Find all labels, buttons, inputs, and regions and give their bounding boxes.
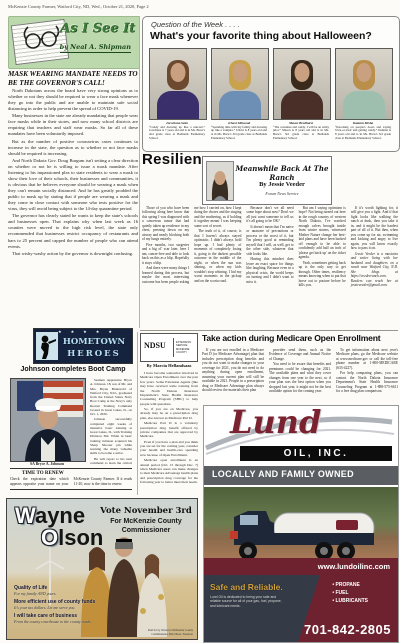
tagline-sub: Lund Oil is dedicated to being your safe… [210,595,288,608]
medicare-paragraph: provider send them, such as the Evidence… [269,348,331,361]
editorial-body: North Dakotans across the board have ver… [8,88,138,326]
product-list: PROPANE FUEL LUBRICANTS [332,581,368,605]
medicare-paragraph: To get information about next year's Med… [336,348,398,370]
medicare-body: If you are not enrolled in a Medicare Pa… [202,348,398,401]
news-service: Forum News Service [235,191,329,196]
column-divider [137,332,138,495]
section-divider [140,330,398,331]
resiliency-paragraph: The truth of it, of course, is that I ha… [194,229,241,283]
lund-ad-footer: Safe and Reliable. Lund Oil is dedicated… [204,575,398,642]
qow-caption: Damian Misha “Knocking on people's doors… [335,121,391,141]
resiliency-paragraph: Because don't we all need some hope abou… [246,206,293,224]
column-title: Meanwhile Back At The Ranch [235,164,329,182]
ad-disclaimer: Paid for by Olson for McKenzie County Co… [131,629,193,636]
sailor-photo [10,378,86,462]
ndsu-paragraph: I have become somewhat involved in Medic… [140,371,198,406]
product-item: LUBRICANTS [332,597,368,605]
editorial-paragraph: Many businesses in the state are already… [8,113,138,137]
ndsu-paragraph: Medicare Part D is a voluntary prescript… [140,421,198,439]
point-sub: For my family AND yours. [14,591,119,596]
campaign-point: I will take care of business From the co… [14,613,119,624]
campaign-point: Quality of Life For my family AND yours. [14,585,119,596]
stars-decoration: ★ ★ ★ ★ ★ [58,329,116,334]
point-sub: It's your tax dollars. Let me serve you. [14,605,119,610]
medicare-paragraph: You need to be aware that benefits and p… [269,362,331,393]
resiliency-paragraph: If it's worth fighting for, it will give… [351,206,398,251]
bootcamp-body: Seaman Apprentice Bryce A. Johnson, 18, … [90,378,132,466]
kid-photo [149,48,207,120]
hometown-heroes-line2: HEROES [58,349,130,359]
outlined-initial: O [41,525,58,550]
bootcamp-headline: Johnson completes Boot Camp [14,366,132,373]
vote-line: Vote November 3rd [100,506,192,516]
time-to-renew-notice: TIME TO RENEW Check the expiration date … [10,468,132,490]
product-item: PROPANE [332,581,368,589]
resiliency-paragraph: It doesn't mean that I'm naive or unawar… [246,225,293,256]
ndsu-paragraph: So, if you are on Medicare, you already … [140,407,198,420]
resiliency-author-bio: Jessie Veeder is a musician and writer l… [351,252,398,288]
name-rest: lson [58,525,103,550]
renew-text: Check the expiration date which appears … [10,477,132,487]
ndsu-wordmark: NDSU [144,341,166,350]
editorial-paragraph: But as the number of positive coronaviru… [8,139,138,157]
family-owned-banner: LOCALLY AND FAMILY OWNED [212,469,354,479]
ndsu-paragraph: Medicare open enrollment is an annual pe… [140,458,198,484]
office-line2: Commissioner [100,527,192,534]
hometown-heroes-line1: HOMETOWN [58,337,130,347]
ndsu-column-body: I have become somewhat involved in Medic… [140,371,198,497]
kid-photo [335,48,393,120]
editorial-paragraph: North Dakotans across the board have ver… [8,88,138,112]
office-line1: For McKenzie County [100,518,192,525]
column-divider [139,16,140,328]
lund-brand: Lund [230,406,321,438]
bootcamp-paragraph: He will report to his next command to le… [90,457,132,467]
as-i-see-it-logo: As I See It by Neal A. Shipman [8,16,140,69]
as-i-see-it-title: As I See It [60,21,135,36]
tagline: Safe and Reliable. [210,582,283,592]
olson-campaign-ad: Wayne Olson Vote November 3rd For McKenz… [6,498,198,640]
qow-caption: Mason Brodhurst “The costumes and candy.… [273,121,329,141]
bootcamp-paragraph: Seaman Apprentice Bryce A. Johnson, 18, … [90,378,132,416]
kid-bio: Mason is 8 years old and is in Ms. Brew'… [273,128,329,140]
ndsu-extension-logo: NDSU EXTENSION SERVICE MCKENZIE COUNTY [140,333,198,362]
resiliency-paragraph: Five months, two surgeries and a big ol'… [142,243,189,265]
bootcamp-paragraph: Johnson successfully completed eight wee… [90,417,132,455]
editorial-paragraph: The governor has clearly stated he wants… [8,213,138,249]
logo-divider [173,338,174,357]
ndsu-county-label: MCKENZIE COUNTY [176,348,196,354]
website-link: www.lundoilinc.com [204,558,398,575]
kid-bio: Jorschana is 7 years old and is in Ms. B… [149,128,205,140]
editorial-paragraph: And North Dakota Gov. Doug Burgum isn't … [8,158,138,213]
hometown-heroes-banner: ★ ★ ★ ★ ★ HOMETOWN HEROES [33,328,133,364]
kid-photo [273,48,331,120]
lund-brand-sub: OIL, INC. [240,446,392,461]
question-of-week-section: Question of the Week . . . . What's your… [142,16,400,152]
trumpeter-silhouette-icon [36,332,58,360]
eyeglasses-icon [19,21,63,55]
qow-caption: Jorschana Seim “Candy and dressing up li… [149,121,205,141]
sailor-photo-caption: SA Bryce A. Johnson [10,462,84,466]
ndsu-column-byline: By Marcia Hellandsaas [140,363,198,368]
phone-number: 701-842-2805 [304,622,391,637]
campaign-points: Quality of Life For my family AND yours.… [14,585,119,627]
column-masthead: Meanwhile Back At The Ranch By Jessie Ve… [202,156,332,205]
ndsu-paragraph: Even if you have a plan and you think yo… [140,440,198,458]
resiliency-body: Those of you who have been following alo… [142,206,398,331]
ndsu-extension-label: EXTENSION SERVICE [176,341,196,347]
campaign-point: More efficient use of county funds It's … [14,599,119,610]
qow-kicker: Question of the Week . . . . [151,20,240,29]
lund-oil-ad: Lund OIL, INC. LOCALLY AND FAMILY OWNED [203,405,399,643]
column-byline: By Jessie Veeder [235,181,329,188]
qow-caption: Jchavi Silkwood “Spending time with my f… [211,121,267,141]
resiliency-paragraph: Yeah, sometimes getting back up is the o… [299,261,346,288]
newspaper-page: McKenzie County Farmer, Watford City, ND… [0,0,400,643]
qow-title: What's your favorite thing about Hallowe… [150,30,372,42]
resiliency-paragraph: Those of you who have been following alo… [142,206,189,242]
point-sub: From the county courthouse to the county… [14,619,119,624]
resiliency-paragraph: Having this mindset does leave an exact … [246,257,293,284]
candidate-last-name: Olson [41,527,103,549]
page-header: McKenzie County Farmer, Watford City, ND… [8,4,149,9]
editorial-paragraph: That wishy-washy action by the governor … [8,251,138,257]
medicare-paragraph: If you are not enrolled in a Medicare Pa… [202,348,264,393]
resiliency-paragraph: But am I saying optimism is hope? Not be… [299,206,346,260]
product-item: FUEL [332,589,368,597]
as-i-see-it-byline: by Neal A. Shipman [60,43,131,53]
renew-heading: TIME TO RENEW [10,471,132,476]
medicare-paragraph: For help comparing plans, you can contac… [336,371,398,393]
editorial-headline: MASK WEARING MANDATE NEEDS TO BE THE GOV… [8,70,138,87]
candidate-first-name: Wayne [15,505,85,527]
kid-photo [211,48,269,120]
outlined-initial: W [15,503,35,528]
medicare-headline: Take action during Medicare Open Enrollm… [202,333,398,343]
veeder-headshot [206,161,234,201]
